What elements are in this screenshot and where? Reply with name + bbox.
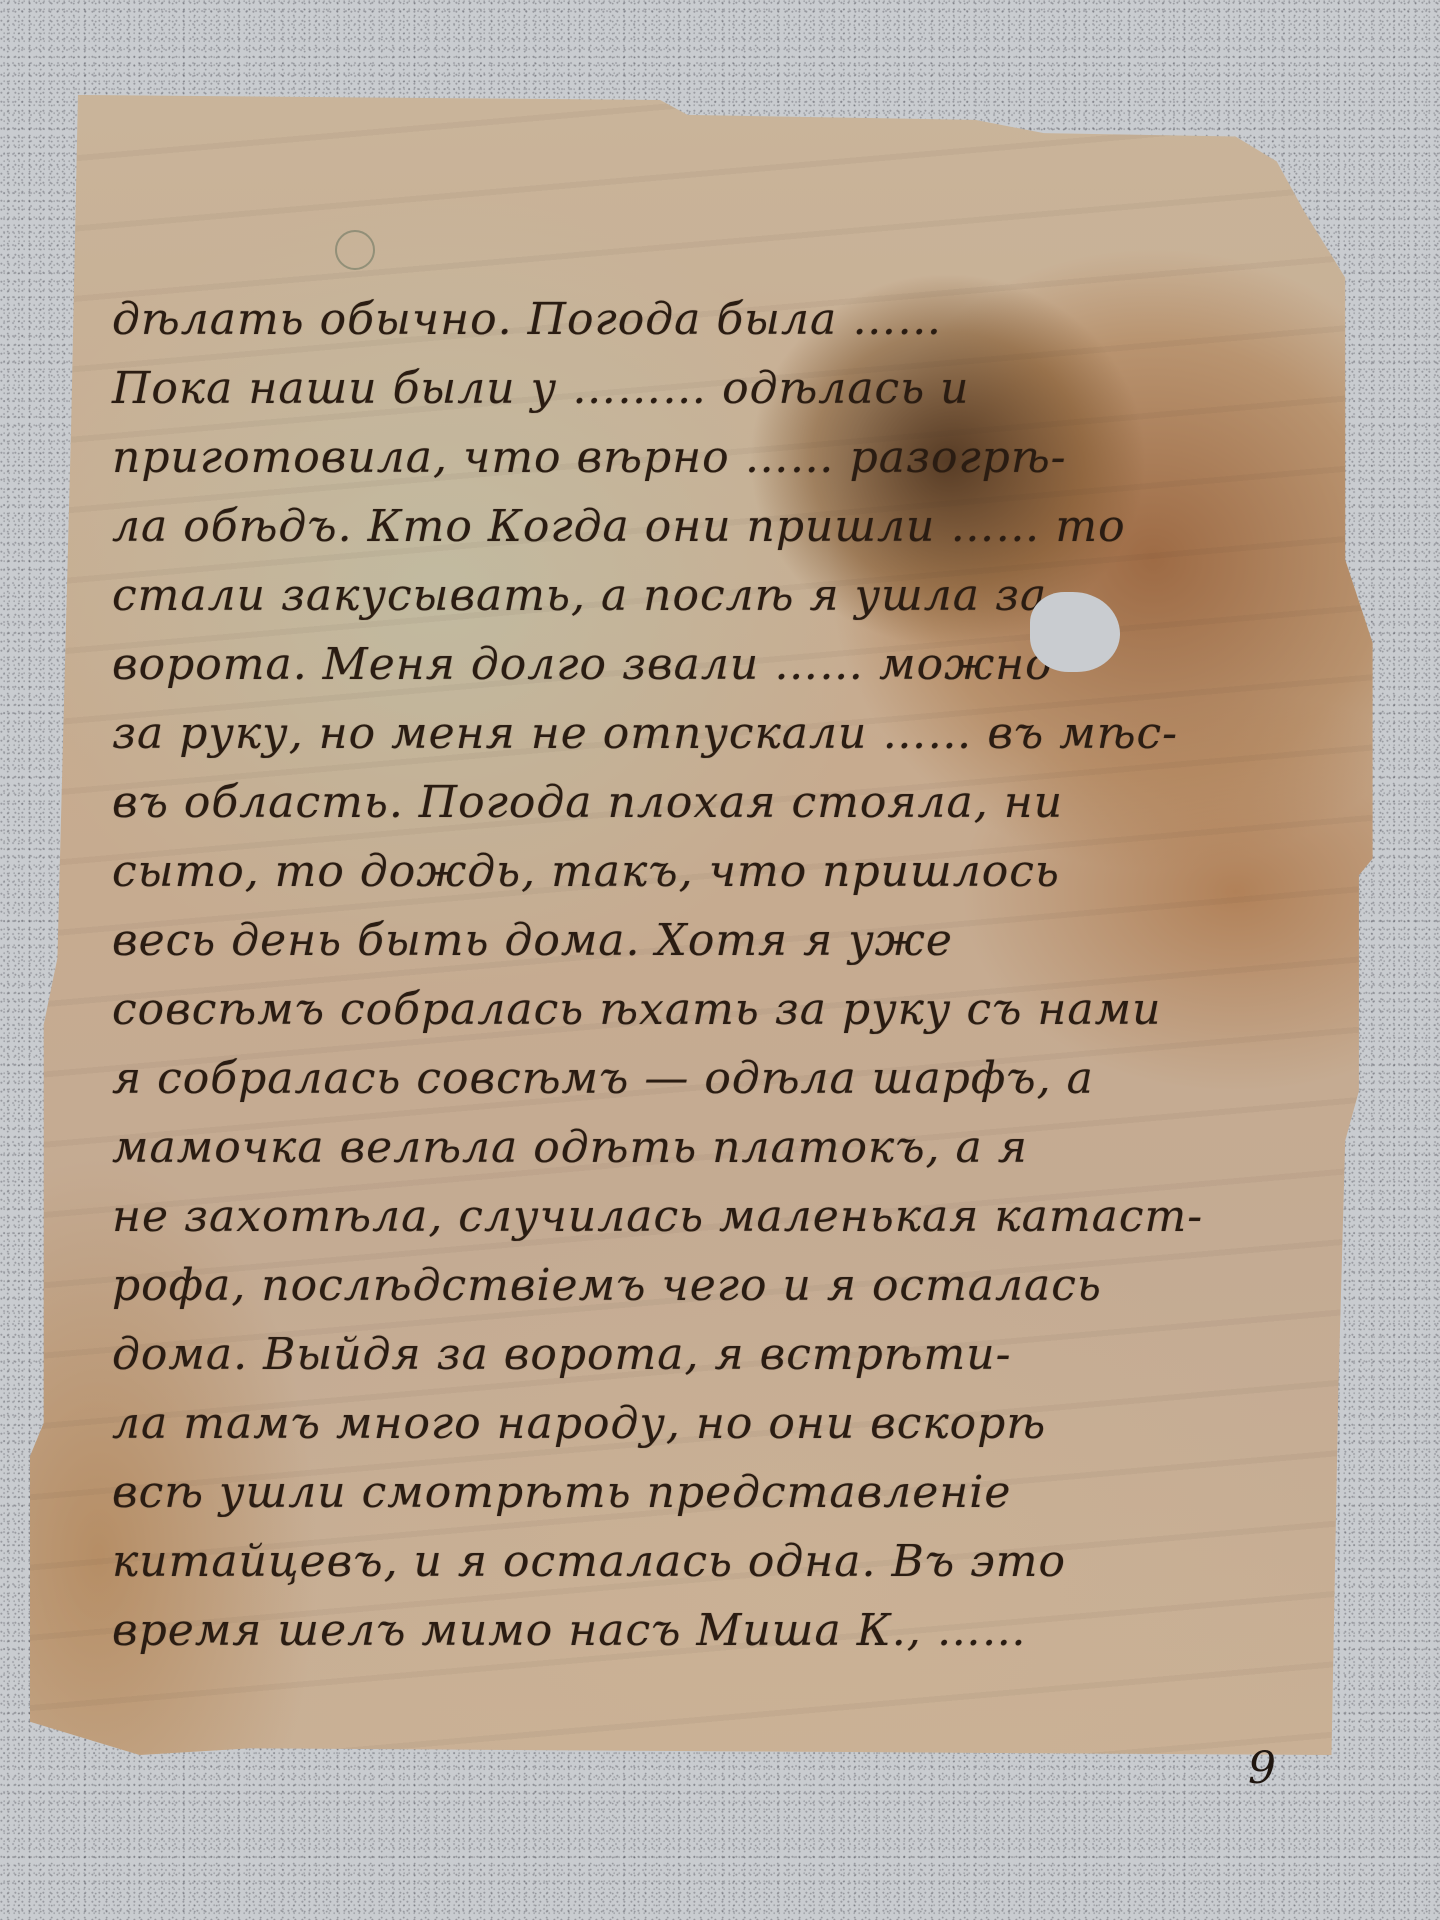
text-line: ла тамъ много народу, но они вскорѣ bbox=[112, 1389, 1412, 1458]
text-line: въ область. Погода плохая стояла, ни bbox=[112, 768, 1412, 837]
text-line: китайцевъ, и я осталась одна. Въ это bbox=[112, 1527, 1412, 1596]
text-line: за руку, но меня не отпускали …… въ мѣс- bbox=[112, 699, 1412, 768]
torn-hole bbox=[1030, 592, 1120, 672]
text-line: весь день быть дома. Хотя я уже bbox=[112, 906, 1412, 975]
text-line: всѣ ушли смотрѣть представленіе bbox=[112, 1458, 1412, 1527]
text-line: приготовила, что вѣрно …… разогрѣ- bbox=[112, 423, 1412, 492]
text-line: сыто, то дождь, такъ, что пришлось bbox=[112, 837, 1412, 906]
text-line: ла обѣдъ. Кто Когда они пришли …… то bbox=[112, 492, 1412, 561]
text-line: мамочка велѣла одѣть платокъ, а я bbox=[112, 1113, 1412, 1182]
text-line: стали закусывать, а послѣ я ушла за bbox=[112, 561, 1412, 630]
text-line: дома. Выйдя за ворота, я встрѣти- bbox=[112, 1320, 1412, 1389]
manuscript-page: дѣлать обычно. Погода была …… Пока наши … bbox=[30, 95, 1400, 1755]
page-number: 9 bbox=[1248, 1743, 1276, 1794]
text-line: ворота. Меня долго звали …… можно bbox=[112, 630, 1412, 699]
text-line: не захотѣла, случилась маленькая катаст- bbox=[112, 1182, 1412, 1251]
text-line: совсѣмъ собралась ѣхать за руку съ нами bbox=[112, 975, 1412, 1044]
text-line: я собралась совсѣмъ — одѣла шарфъ, а bbox=[112, 1044, 1412, 1113]
text-line: дѣлать обычно. Погода была …… bbox=[112, 285, 1412, 354]
text-line: Пока наши были у ……… одѣлась и bbox=[112, 354, 1412, 423]
text-line: рофа, послѣдствіемъ чего и я осталась bbox=[112, 1251, 1412, 1320]
handwritten-text-block: дѣлать обычно. Погода была …… Пока наши … bbox=[112, 285, 1412, 1665]
text-line: время шелъ мимо насъ Миша К., …… bbox=[112, 1596, 1412, 1665]
archive-stamp-mark bbox=[335, 230, 375, 270]
